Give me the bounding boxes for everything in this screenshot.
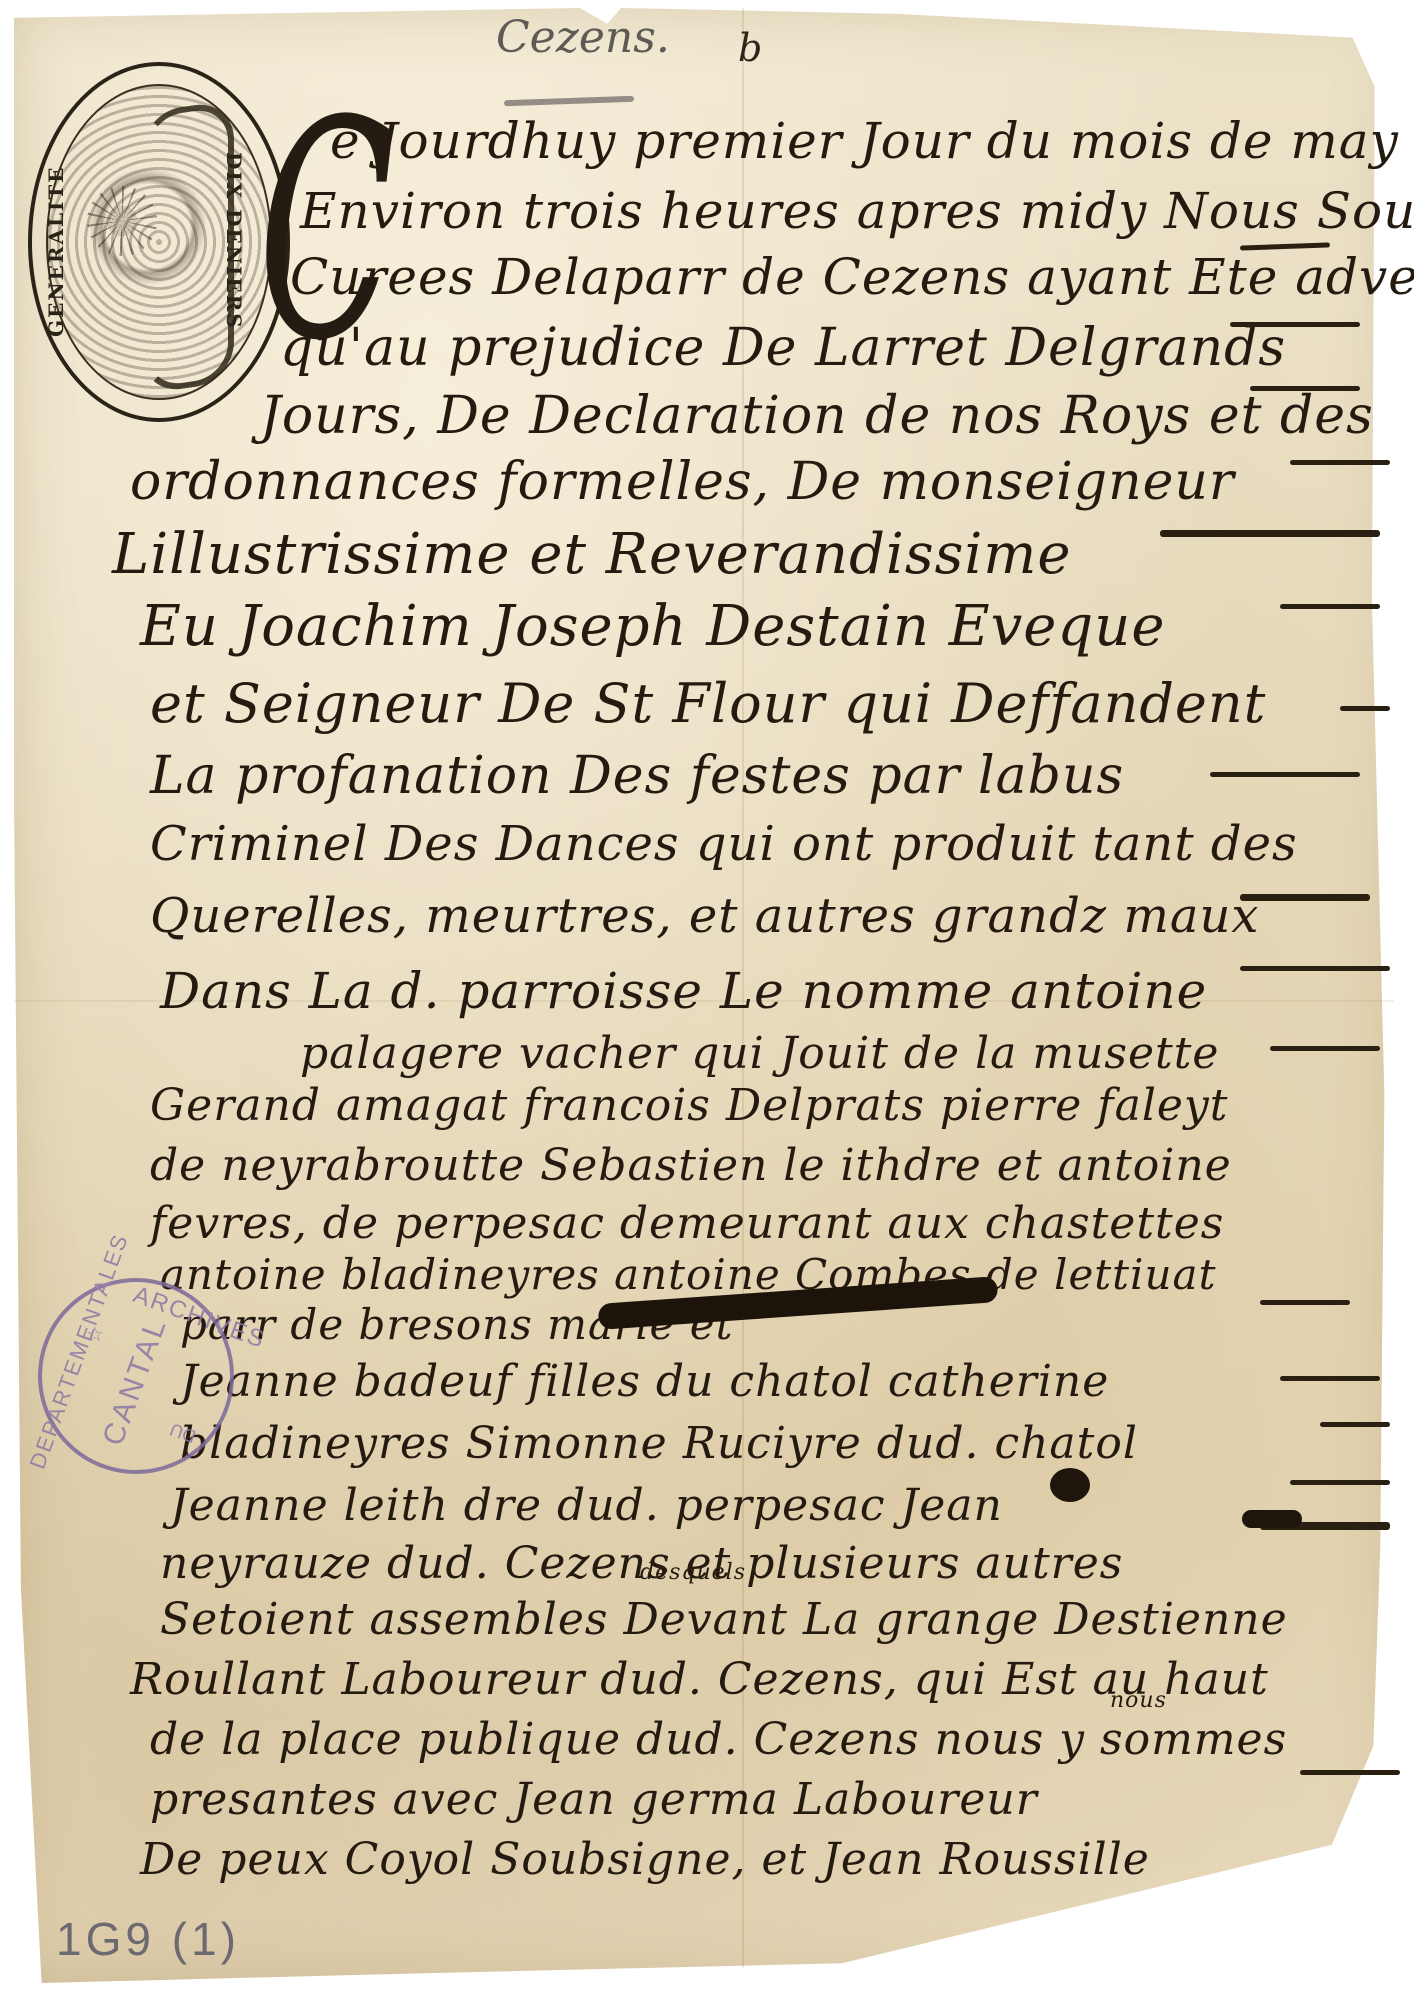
manuscript-line: Criminel Des Dances qui ont produit tant…	[150, 816, 1298, 872]
line-filler-dash	[1160, 530, 1380, 537]
manuscript-line: Roullant Laboureur dud. Cezens, qui Est …	[130, 1654, 1269, 1705]
manuscript-body: e Jourdhuy premier Jour du mois de may 1…	[0, 0, 1414, 2000]
archive-shelf-mark: 1G9 (1)	[56, 1912, 240, 1966]
line-filler-dash	[1240, 966, 1390, 971]
manuscript-line: et Seigneur De St Flour qui Deffandent	[150, 672, 1266, 735]
manuscript-line: ordonnances formelles, De monseigneur	[130, 452, 1235, 512]
line-filler-dash	[1290, 460, 1390, 465]
line-filler-dash	[1280, 1376, 1380, 1381]
manuscript-line: Jeanne leith dre dud. perpesac Jean	[170, 1480, 1003, 1531]
line-filler-dash	[1300, 1770, 1400, 1775]
manuscript-line: Dans La d. parroisse Le nomme antoine	[160, 962, 1207, 1020]
manuscript-line: antoine bladineyres antoine Combes de le…	[160, 1250, 1216, 1299]
manuscript-line: Jours, De Declaration de nos Roys et des	[260, 386, 1374, 446]
manuscript-line: Jeanne badeuf filles du chatol catherine	[180, 1356, 1109, 1407]
manuscript-line: palagere vacher qui Jouit de la musette	[300, 1028, 1219, 1079]
manuscript-line: La profanation Des festes par labus	[150, 746, 1124, 806]
line-filler-dash	[1290, 1480, 1390, 1485]
interlinear-insertion: nous	[1110, 1688, 1167, 1713]
manuscript-line: e Jourdhuy premier Jour du mois de may 1…	[330, 112, 1414, 170]
stamp-center-text: CANTAL	[97, 1326, 170, 1450]
manuscript-line: Setoient assembles Devant La grange Dest…	[160, 1594, 1288, 1645]
manuscript-line: Querelles, meurtres, et autres grandz ma…	[150, 888, 1259, 944]
line-filler-dash	[1210, 772, 1360, 777]
stamp-du-text: DU	[167, 1418, 199, 1447]
manuscript-line: Curees Delaparr de Cezens ayant Ete adve…	[290, 248, 1414, 306]
archives-cantal-stamp: ☆ ARCHIVES CANTAL DU DEPARTEMENTALES	[38, 1278, 234, 1474]
line-filler-dash	[1280, 604, 1380, 609]
manuscript-line: Environ trois heures apres midy Nous Sou…	[300, 182, 1414, 240]
line-filler-dash	[1230, 322, 1360, 327]
manuscript-line: bladineyres Simonne Ruciyre dud. chatol	[180, 1418, 1138, 1469]
manuscript-line: Eu Joachim Joseph Destain Eveque	[140, 594, 1165, 659]
line-filler-dash	[1240, 894, 1370, 901]
line-filler-dash	[1250, 386, 1360, 391]
line-filler-dash	[1320, 1422, 1390, 1427]
manuscript-line: fevres, de perpesac demeurant aux chaste…	[150, 1198, 1224, 1249]
line-filler-dash	[1270, 1046, 1380, 1051]
interlinear-insertion: desquels	[640, 1560, 746, 1585]
manuscript-line: de neyrabroutte Sebastien le ithdre et a…	[150, 1140, 1232, 1191]
manuscript-line: presantes avec Jean germa Laboureur	[150, 1774, 1038, 1825]
manuscript-line: qu'au prejudice De Larret Delgrands	[280, 318, 1286, 378]
line-filler-dash	[1260, 1300, 1350, 1305]
manuscript-line: Gerand amagat francois Delprats pierre f…	[150, 1080, 1228, 1131]
manuscript-line: Lillustrissime et Reverandissime	[112, 522, 1071, 587]
ink-blot	[1050, 1468, 1090, 1502]
ink-blot	[1242, 1510, 1302, 1528]
manuscript-line: de la place publique dud. Cezens nous y …	[150, 1714, 1287, 1765]
line-filler-dash	[1340, 706, 1390, 711]
manuscript-line: De peux Coyol Soubsigne, et Jean Roussil…	[140, 1834, 1150, 1885]
